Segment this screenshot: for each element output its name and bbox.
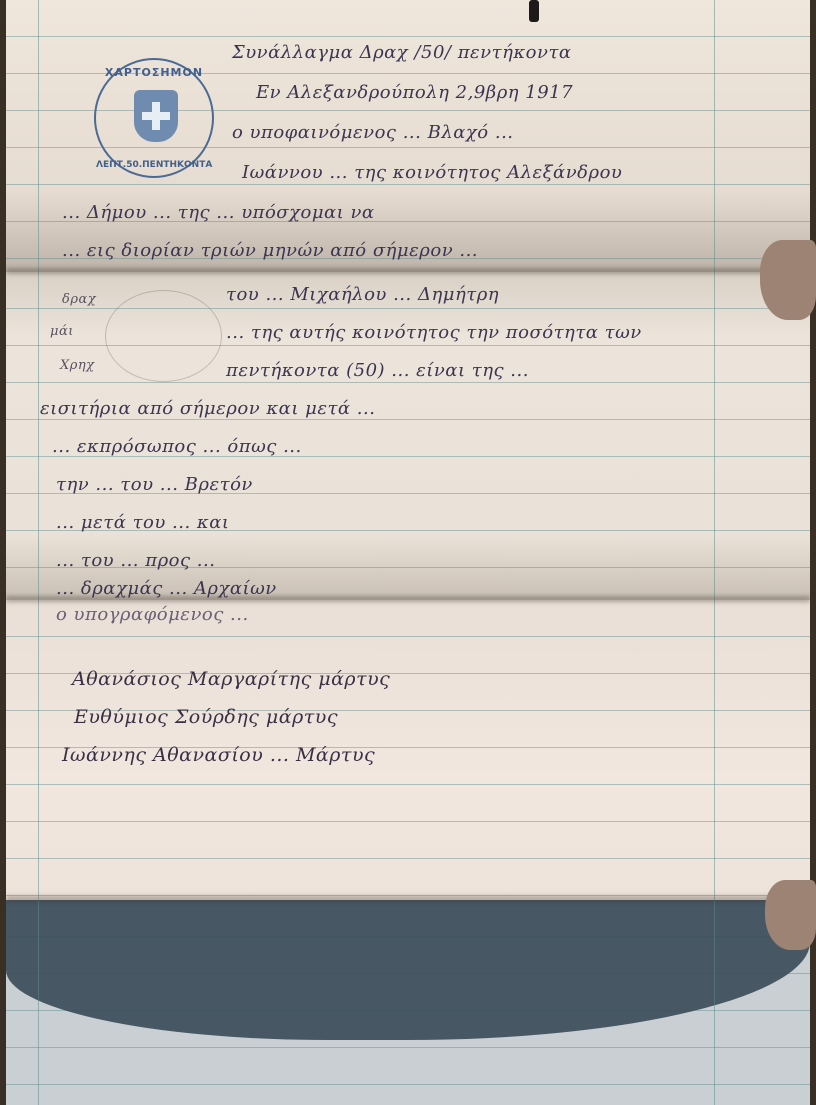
handwritten-line: του ... Μιχαήλου ... Δημήτρη xyxy=(226,284,499,305)
signature: Αθανάσιος Μαργαρίτης μάρτυς xyxy=(72,668,390,690)
handwritten-line: ... του ... προς ... xyxy=(56,550,215,571)
handwritten-line: ... της αυτής κοινότητος την ποσότητα τω… xyxy=(226,322,642,343)
handwritten-line: ... δραχμάς ... Αρχαίων xyxy=(56,578,277,599)
handwritten-line: πεντήκοντα (50) ... είναι της ... xyxy=(226,360,529,381)
signature: Ευθύμιος Σούρδης μάρτυς xyxy=(74,706,338,728)
handwritten-line: ... εκπρόσωπος ... όπως ... xyxy=(52,436,302,457)
stamp-bottom-text: ΛΕΠΤ.50.ΠΕΝΤΗΚΟΝΤΑ xyxy=(96,160,212,170)
signature: Ιωάννης Αθανασίου ... Μάρτυς xyxy=(62,744,375,766)
margin-note: μάι xyxy=(50,324,74,339)
handwritten-line: ο υπογραφόμενος ... xyxy=(56,604,249,625)
handwritten-line: Συνάλλαγμα Δραχ /50/ πεντήκοντα xyxy=(232,42,572,63)
handwritten-line: Εν Αλεξανδρούπολη 2,9βρη 1917 xyxy=(256,82,573,103)
pin-mark xyxy=(529,0,539,22)
handwritten-line: την ... του ... Βρετόν xyxy=(56,474,253,495)
faded-seal xyxy=(105,290,222,382)
fold-crease-3 xyxy=(6,896,810,902)
fold-crease-1 xyxy=(6,268,810,274)
handwritten-line: Ιωάννου ... της κοινότητος Αλεξάνδρου xyxy=(242,162,622,183)
handwritten-line: ... εις διορίαν τριών μηνών από σήμερον … xyxy=(62,240,478,261)
margin-note: Χρηχ xyxy=(60,358,95,373)
margin-line-left xyxy=(38,0,39,1105)
torn-edge-lower xyxy=(765,880,816,950)
margin-note: δραχ xyxy=(62,292,96,307)
handwritten-line: ο υποφαινόμενος ... Βλαχό ... xyxy=(232,122,514,143)
revenue-stamp: ΧΑΡΤΟΣΗΜΟΝ ΛΕΠΤ.50.ΠΕΝΤΗΚΟΝΤΑ xyxy=(94,58,214,178)
handwritten-line: ... μετά του ... και xyxy=(56,512,229,533)
handwritten-line: ... Δήμου ... της ... υπόσχομαι να xyxy=(62,202,375,223)
margin-line-right xyxy=(714,0,715,1105)
stamp-top-text: ΧΑΡΤΟΣΗΜΟΝ xyxy=(96,66,212,79)
handwritten-line: εισιτήρια από σήμερον και μετά ... xyxy=(40,398,375,419)
torn-edge-upper xyxy=(760,240,816,320)
cross-icon-bar xyxy=(142,112,170,120)
